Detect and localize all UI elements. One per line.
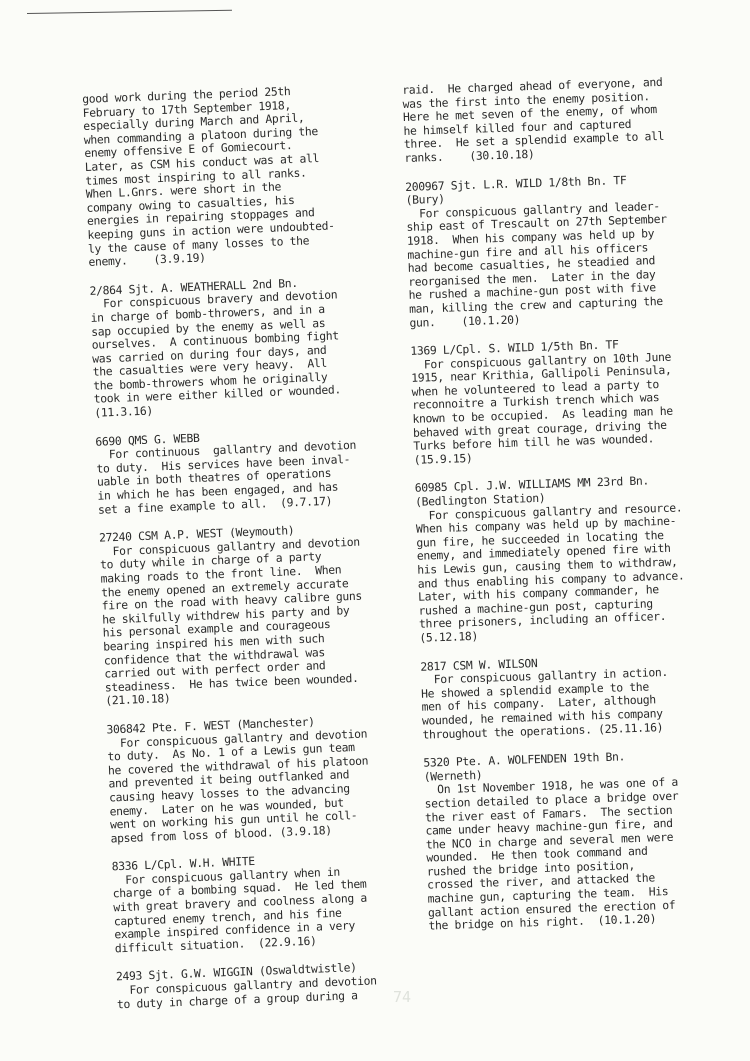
citation-entry: good work during the period 25thFebruary…: [82, 80, 419, 269]
citation-entry: 6690 QMS G. WEBB For continuous gallantr…: [95, 423, 428, 517]
citation-entry: raid. He charged ahead of everyone, andw…: [402, 74, 734, 166]
citation-entry: 8336 L/Cpl. W.H. WHITE For conspicuous g…: [111, 848, 444, 956]
left-column: good work during the period 25thFebruary…: [82, 80, 448, 1026]
citation-entry: 27240 CSM A.P. WEST (Weymouth) For consp…: [99, 519, 436, 708]
citation-entry: 200967 Sjt. L.R. WILD 1/8th Bn. TF(Bury)…: [405, 170, 740, 330]
citation-entry: 5320 Pte. A. WOLFENDEN 19th Bn.(Werneth)…: [423, 746, 750, 933]
citation-entry: 2817 CSM W. WILSON For conspicuous galla…: [420, 650, 750, 742]
right-column: raid. He charged ahead of everyone, andw…: [402, 74, 750, 949]
citation-entry: 1369 L/Cpl. S. WILD 1/5th Bn. TF For con…: [410, 335, 744, 468]
citation-entry: 2/864 Sjt. A. WEATHERALL 2nd Bn. For con…: [89, 272, 424, 421]
citation-entry: 60985 Cpl. J.W. WILLIAMS MM 23rd Bn.(Bed…: [415, 472, 750, 645]
citation-entry: 306842 Pte. F. WEST (Manchester) For con…: [106, 711, 440, 846]
page-number: 74: [393, 988, 411, 1006]
top-rule: [27, 10, 232, 14]
